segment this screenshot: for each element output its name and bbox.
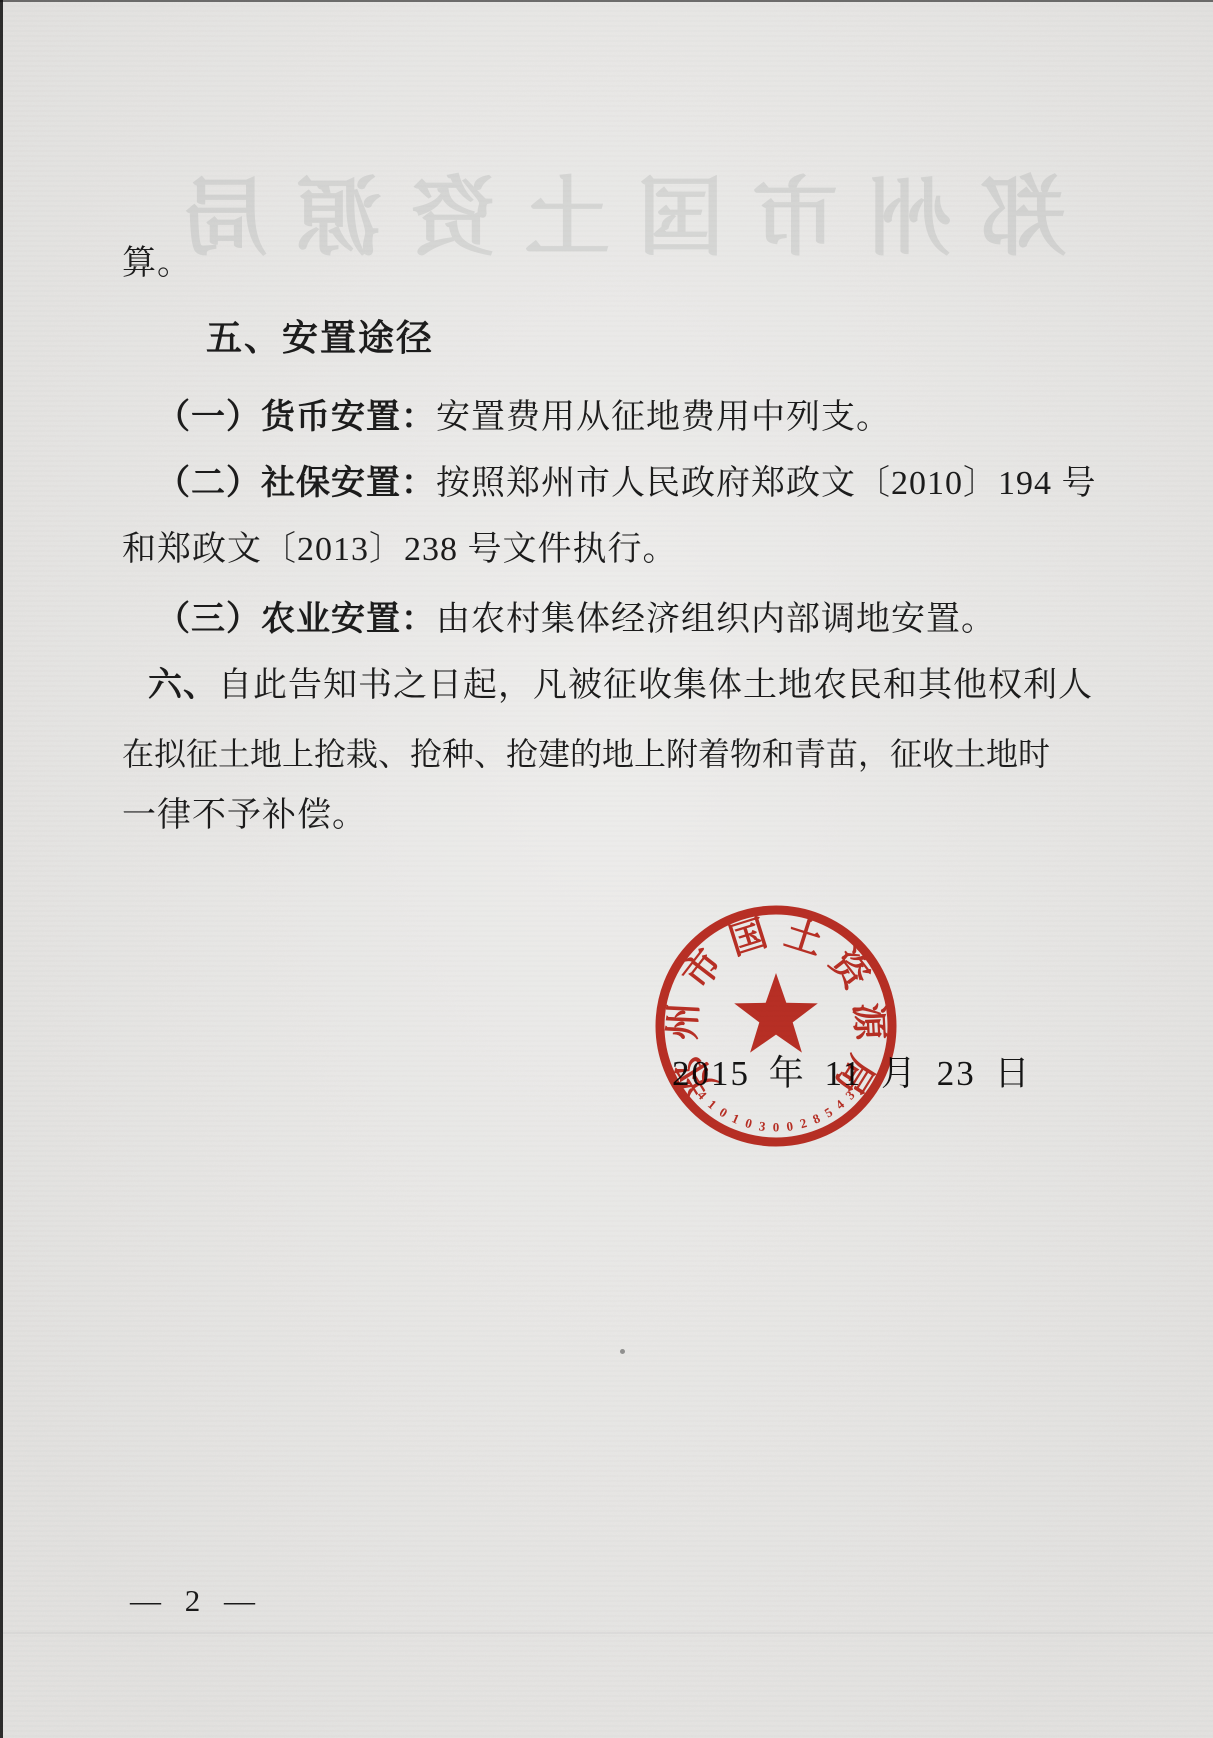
para-money-resettlement: （一）货币安置：安置费用从征地费用中列支。 — [122, 396, 1111, 440]
para-agricultural-resettlement: （三）农业安置：由农村集体经济组织内部调地安置。 — [122, 598, 1111, 642]
document-page: 郑州市国土资源局 算。 五、安置途径 （一）货币安置：安置费用从征地费用中列支。… — [0, 0, 1213, 1738]
official-seal: 郑州市国土资源局 4101030028543 — [637, 887, 917, 1167]
seal-star-icon — [734, 973, 818, 1053]
para-social-text: 按照郑州市人民政府郑政文〔2010〕194 号 — [436, 465, 1097, 502]
svg-text:5: 5 — [822, 1104, 836, 1120]
para-social-label: （二）社保安置： — [156, 465, 436, 502]
svg-text:2: 2 — [798, 1115, 808, 1131]
para-agricultural-label: （三）农业安置： — [156, 601, 436, 638]
para-six-number: 六、 — [148, 667, 218, 704]
para-social-continuation: 和郑政文〔2013〕238 号文件执行。 — [122, 528, 1077, 572]
svg-text:0: 0 — [773, 1120, 780, 1135]
svg-text:1: 1 — [730, 1110, 742, 1126]
para-money-label: （一）货币安置： — [156, 399, 436, 436]
para-six-line2: 在拟征土地上抢栽、抢种、抢建的地上附着物和青苗，征收土地时 — [122, 732, 1077, 776]
body-line-carryover: 算。 — [122, 242, 1077, 286]
svg-text:3: 3 — [758, 1118, 767, 1134]
scan-streak — [0, 1632, 1213, 1634]
para-social-resettlement: （二）社保安置：按照郑州市人民政府郑政文〔2010〕194 号 — [122, 462, 1111, 506]
svg-text:1: 1 — [705, 1096, 720, 1112]
svg-text:0: 0 — [717, 1104, 730, 1120]
para-money-text: 安置费用从征地费用中列支。 — [436, 399, 891, 436]
para-six-text1: 自此告知书之日起，凡被征收集体土地农民和其他权利人 — [218, 667, 1093, 704]
svg-text:源: 源 — [846, 1002, 890, 1042]
svg-text:0: 0 — [786, 1118, 794, 1134]
para-six-line3: 一律不予补偿。 — [122, 794, 1077, 838]
scan-edge-top — [0, 0, 1213, 2]
svg-text:州: 州 — [663, 1002, 706, 1041]
page-number: — 2 — — [130, 1583, 258, 1619]
para-six-line1: 六、自此告知书之日起，凡被征收集体土地农民和其他权利人 — [122, 664, 1103, 708]
scan-speck — [620, 1349, 625, 1354]
scan-edge-left — [0, 0, 3, 1738]
svg-text:8: 8 — [810, 1110, 822, 1127]
svg-text:0: 0 — [744, 1115, 754, 1131]
svg-text:4: 4 — [833, 1096, 848, 1112]
para-agricultural-text: 由农村集体经济组织内部调地安置。 — [436, 601, 996, 638]
section-heading: 五、安置途径 — [122, 316, 1161, 360]
